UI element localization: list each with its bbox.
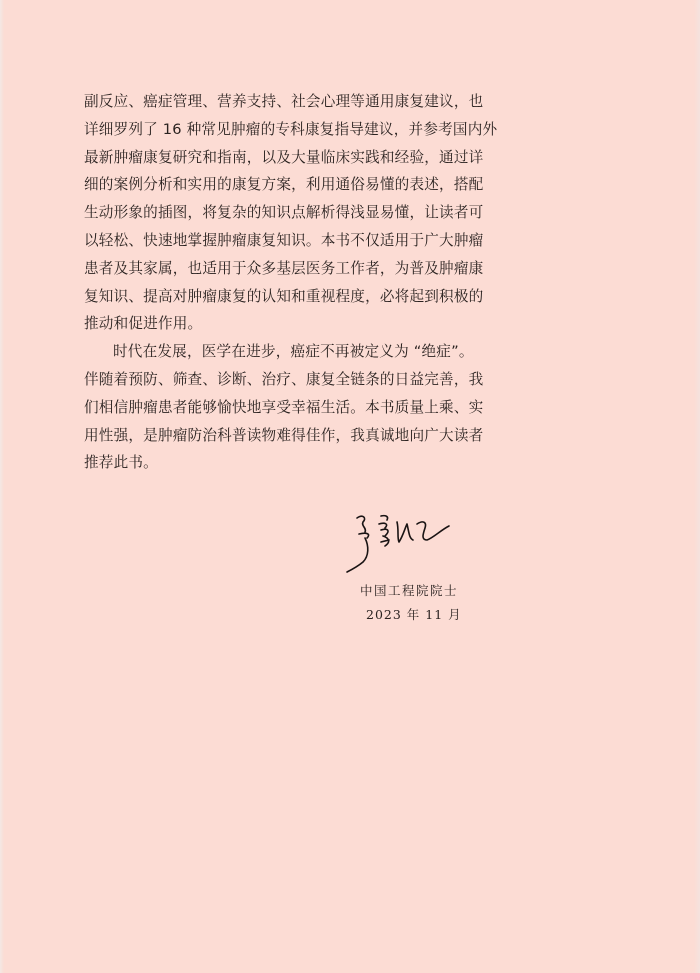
paragraph-1: 副反应、癌症管理、营养支持、社会心理等通用康复建议，也 详细罗列了 16 种常见… <box>84 88 469 338</box>
text-line: 细的案例分析和实用的康复方案，利用通俗易懂的表述，搭配 <box>84 171 469 199</box>
text-line: 最新肿瘤康复研究和指南，以及大量临床实践和经验，通过详 <box>84 144 469 172</box>
handwritten-signature-icon <box>345 512 455 576</box>
text-line: 副反应、癌症管理、营养支持、社会心理等通用康复建议，也 <box>84 88 469 116</box>
text-line: 推动和促进作用。 <box>84 310 469 338</box>
text-line: 详细罗列了 16 种常见肿瘤的专科康复指导建议，并参考国内外 <box>84 116 469 144</box>
text-line: 患者及其家属，也适用于众多基层医务工作者，为普及肿瘤康 <box>84 255 469 283</box>
text-line: 以轻松、快速地掌握肿瘤康复知识。本书不仅适用于广大肿瘤 <box>84 227 469 255</box>
page-right-edge <box>694 0 700 973</box>
signature-date: 2023 年 11 月 <box>366 605 462 623</box>
text-line: 推荐此书。 <box>84 449 469 477</box>
signatory-title: 中国工程院院士 <box>360 581 458 599</box>
text-line: 生动形象的插图，将复杂的知识点解析得浅显易懂，让读者可 <box>84 199 469 227</box>
page-left-edge <box>0 0 4 973</box>
text-line: 们相信肿瘤患者能够愉快地享受幸福生活。本书质量上乘、实 <box>84 394 469 422</box>
text-line: 复知识、提高对肿瘤康复的认知和重视程度，必将起到积极的 <box>84 283 469 311</box>
document-body: 副反应、癌症管理、营养支持、社会心理等通用康复建议，也 详细罗列了 16 种常见… <box>84 88 469 477</box>
paragraph-2: 时代在发展，医学在进步，癌症不再被定义为 “绝症”。 伴随着预防、筛查、诊断、治… <box>84 338 469 477</box>
text-line: 时代在发展，医学在进步，癌症不再被定义为 “绝症”。 <box>84 338 469 366</box>
text-line: 伴随着预防、筛查、诊断、治疗、康复全链条的日益完善，我 <box>84 366 469 394</box>
text-line: 用性强，是肿瘤防治科普读物难得佳作，我真诚地向广大读者 <box>84 422 469 450</box>
